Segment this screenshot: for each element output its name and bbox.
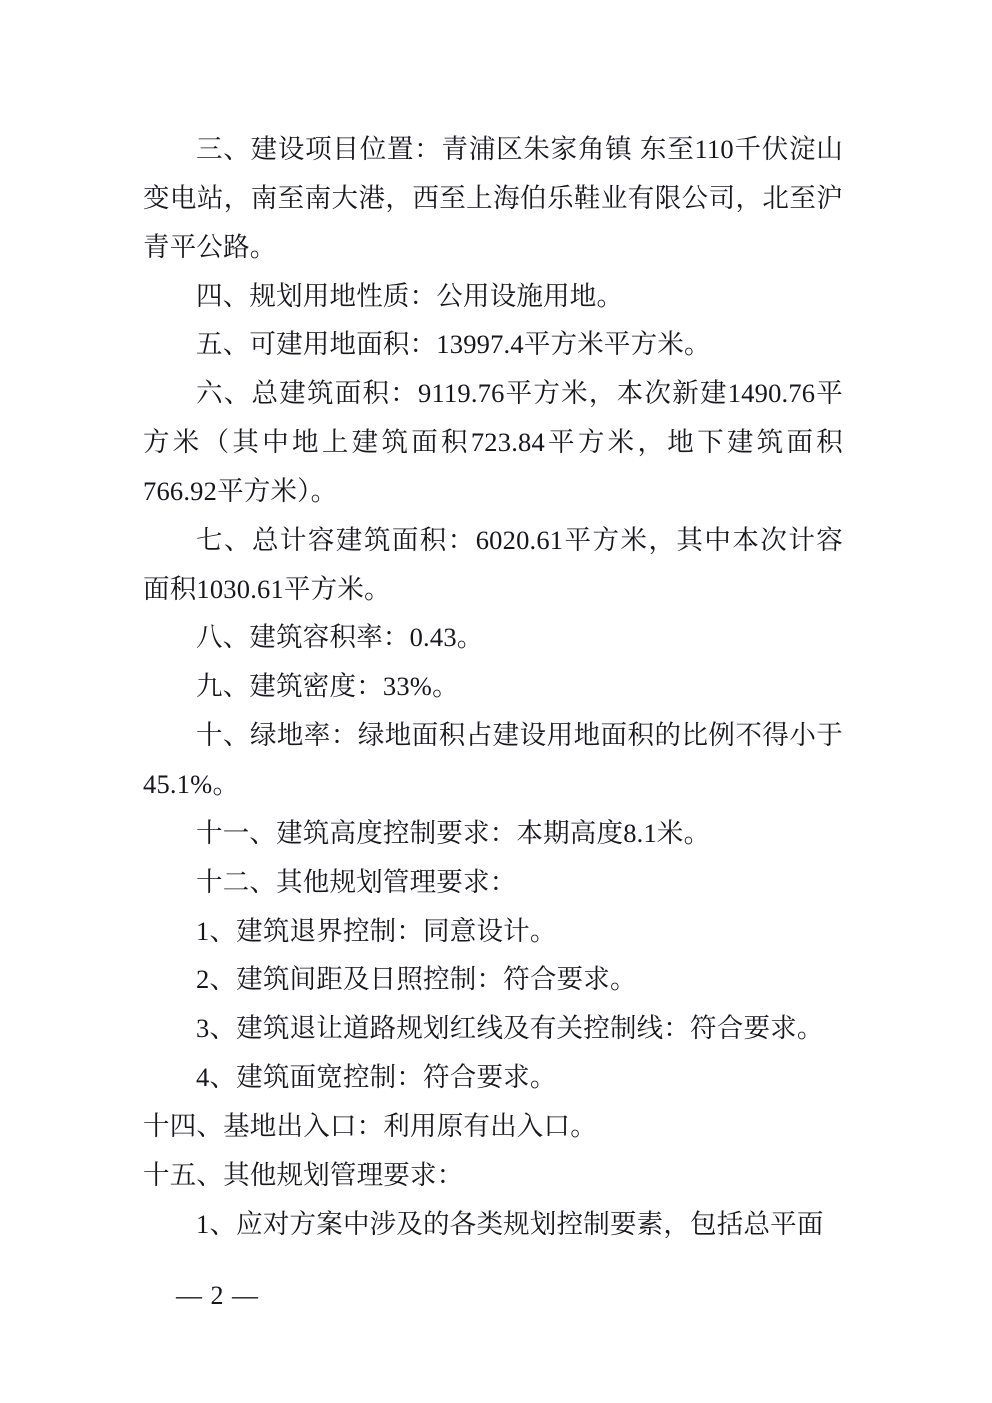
document-body: 三、建设项目位置：青浦区朱家角镇 东至110千伏淀山变电站，南至南大港，西至上海… [143,125,843,1248]
paragraph: 十四、基地出入口：利用原有出入口。 [143,1102,843,1151]
document-page: 三、建设项目位置：青浦区朱家角镇 东至110千伏淀山变电站，南至南大港，西至上海… [0,0,992,1403]
paragraph: 三、建设项目位置：青浦区朱家角镇 东至110千伏淀山变电站，南至南大港，西至上海… [143,125,843,272]
paragraph: 2、建筑间距及日照控制：符合要求。 [143,955,843,1004]
page-number: — 2 — [176,1281,259,1311]
paragraph: 四、规划用地性质：公用设施用地。 [143,272,843,321]
paragraph: 六、总建筑面积：9119.76平方米，本次新建1490.76平方米（其中地上建筑… [143,369,843,516]
paragraph: 1、应对方案中涉及的各类规划控制要素，包括总平面 [143,1200,843,1249]
paragraph: 七、总计容建筑面积：6020.61平方米，其中本次计容面积1030.61平方米。 [143,516,843,614]
paragraph: 3、建筑退让道路规划红线及有关控制线：符合要求。 [143,1004,843,1053]
paragraph: 五、可建用地面积：13997.4平方米平方米。 [143,320,843,369]
paragraph: 十五、其他规划管理要求： [143,1151,843,1200]
paragraph: 十二、其他规划管理要求： [143,858,843,907]
paragraph: 八、建筑容积率：0.43。 [143,613,843,662]
paragraph: 十、绿地率：绿地面积占建设用地面积的比例不得小于45.1%。 [143,711,843,809]
paragraph: 九、建筑密度：33%。 [143,662,843,711]
paragraph: 4、建筑面宽控制：符合要求。 [143,1053,843,1102]
paragraph: 十一、建筑高度控制要求：本期高度8.1米。 [143,809,843,858]
paragraph: 1、建筑退界控制：同意设计。 [143,907,843,956]
